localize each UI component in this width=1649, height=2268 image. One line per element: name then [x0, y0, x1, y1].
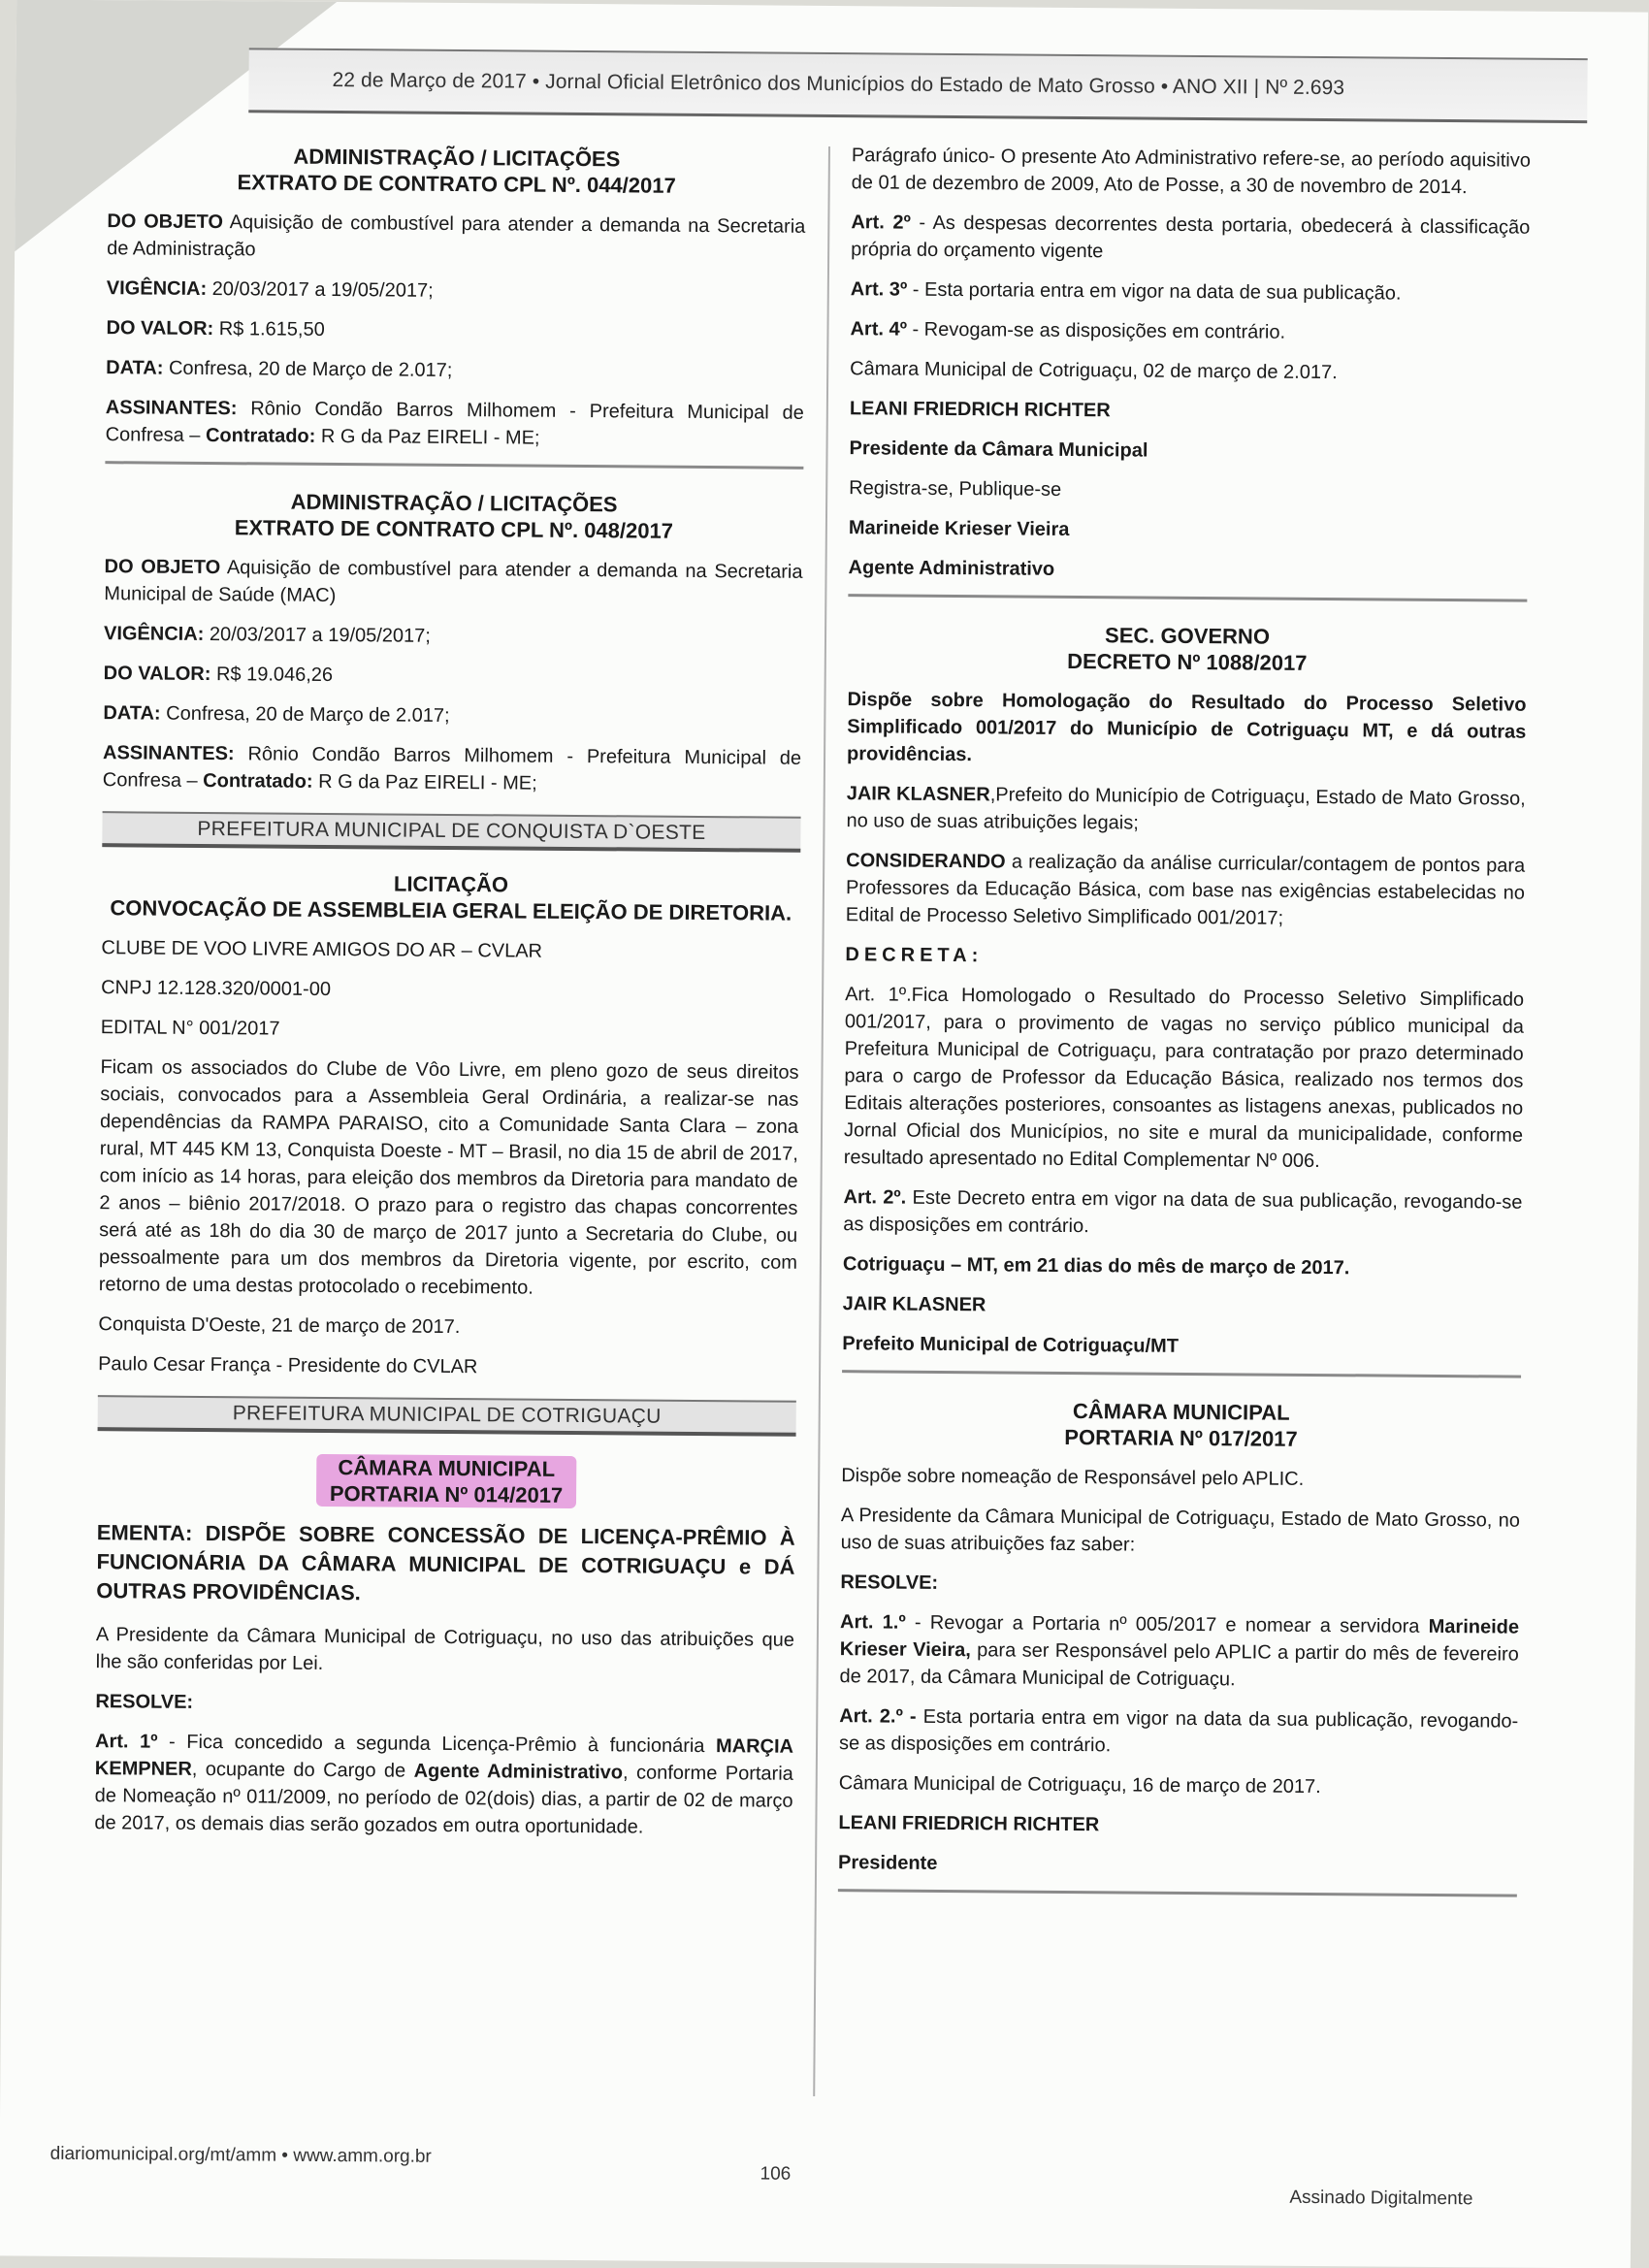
- resolve: RESOLVE:: [95, 1688, 793, 1721]
- clube-name: CLUBE DE VOO LIVRE AMIGOS DO AR – CVLAR: [101, 934, 799, 967]
- assinantes: ASSINANTES: Rônio Condão Barros Milhomem…: [106, 394, 804, 454]
- place-date: Câmara Municipal de Cotriguaçu, 16 de ma…: [839, 1769, 1518, 1801]
- art-1: Art. 1º.Fica Homologado o Resultado do P…: [844, 981, 1525, 1176]
- signer-role: Prefeito Municipal de Cotriguaçu/MT: [842, 1330, 1521, 1362]
- resolve: RESOLVE:: [840, 1569, 1519, 1601]
- signature: Paulo Cesar França - Presidente do CVLAR: [98, 1350, 796, 1383]
- art-1: Art. 1º - Fica concedido a segunda Licen…: [94, 1728, 793, 1842]
- column-divider: [813, 146, 830, 2096]
- place-date: Câmara Municipal de Cotriguaçu, 02 de ma…: [850, 355, 1529, 387]
- section-title: ADMINISTRAÇÃO / LICITAÇÕES EXTRATO DE CO…: [105, 487, 803, 545]
- signer-name: JAIR KLASNER: [843, 1290, 1522, 1322]
- paragrafo-unico: Parágrafo único- O presente Ato Administ…: [852, 142, 1531, 201]
- signed-notice: Assinado Digitalmente: [1289, 2187, 1472, 2210]
- portaria-014-continued: Parágrafo único- O presente Ato Administ…: [848, 142, 1531, 601]
- edital: EDITAL N° 001/2017: [101, 1014, 799, 1047]
- journal-page: 22 de Março de 2017 • Jornal Oficial Ele…: [0, 0, 1648, 2268]
- data: DATA: Confresa, 20 de Março de 2.017;: [103, 699, 801, 732]
- place-date: Conquista D'Oeste, 21 de março de 2017.: [98, 1311, 796, 1344]
- agent-role: Agente Administrativo: [848, 554, 1527, 586]
- highlighter-mark: CÂMARA MUNICIPAL PORTARIA Nº 014/2017: [316, 1454, 577, 1508]
- section-rule: [848, 594, 1527, 601]
- mayor-intro: JAIR KLASNER,Prefeito do Município de Co…: [846, 780, 1525, 839]
- contrato-048: ADMINISTRAÇÃO / LICITAÇÕES EXTRATO DE CO…: [103, 487, 803, 799]
- right-column: Parágrafo único- O presente Ato Administ…: [838, 142, 1531, 1920]
- decreta: DECRETA:: [845, 941, 1524, 973]
- contrato-044: ADMINISTRAÇÃO / LICITAÇÕES EXTRATO DE CO…: [105, 142, 806, 470]
- agent-name: Marineide Krieser Vieira: [849, 514, 1528, 546]
- art-3: Art. 3º - Esta portaria entra em vigor n…: [851, 275, 1530, 308]
- page-header: 22 de Março de 2017 • Jornal Oficial Ele…: [248, 48, 1587, 123]
- municipality-banner-conquista: PREFEITURA MUNICIPAL DE CONQUISTA D`OEST…: [102, 811, 800, 853]
- municipality-banner-cotriguacu: PREFEITURA MUNICIPAL DE COTRIGUAÇU: [98, 1395, 796, 1437]
- summary: Dispõe sobre nomeação de Responsável pel…: [841, 1462, 1520, 1494]
- intro: A Presidente da Câmara Municipal de Cotr…: [96, 1621, 794, 1681]
- art-1: Art. 1.º - Revogar a Portaria nº 005/201…: [839, 1608, 1519, 1695]
- art-2: Art. 2.º - Esta portaria entra em vigor …: [839, 1702, 1518, 1762]
- page-number: 106: [760, 2164, 791, 2186]
- section-title: SEC. GOVERNO DECRETO Nº 1088/2017: [848, 620, 1527, 677]
- art-2: Art. 2º - As despesas decorrentes desta …: [851, 209, 1530, 268]
- convocacao-body: Ficam os associados do Clube de Vôo Livr…: [99, 1053, 799, 1304]
- vigencia: VIGÊNCIA: 20/03/2017 a 19/05/2017;: [107, 275, 805, 308]
- art-2: Art. 2º. Este Decreto entra em vigor na …: [843, 1183, 1522, 1243]
- valor: DO VALOR: R$ 19.046,26: [104, 660, 802, 693]
- summary: Dispõe sobre Homologação do Resultado do…: [847, 686, 1527, 772]
- signer-name: LEANI FRIEDRICH RICHTER: [850, 395, 1529, 427]
- signer-name: LEANI FRIEDRICH RICHTER: [838, 1809, 1517, 1841]
- signer-role: Presidente da Câmara Municipal: [849, 435, 1528, 467]
- ementa: EMENTA: DISPÕE SOBRE CONCESSÃO DE LICENÇ…: [96, 1518, 795, 1611]
- data: DATA: Confresa, 20 de Março de 2.017;: [106, 354, 804, 387]
- section-title: LICITAÇÃO CONVOCAÇÃO DE ASSEMBLEIA GERAL…: [102, 868, 800, 926]
- decreto-1088: SEC. GOVERNO DECRETO Nº 1088/2017 Dispõe…: [842, 620, 1527, 1377]
- cnpj: CNPJ 12.128.320/0001-00: [101, 974, 799, 1007]
- art-4: Art. 4º - Revogam-se as disposições em c…: [850, 315, 1529, 347]
- header-text: 22 de Março de 2017 • Jornal Oficial Ele…: [248, 68, 1344, 100]
- place-date: Cotriguaçu – MT, em 21 dias do mês de ma…: [843, 1250, 1522, 1282]
- considerando: CONSIDERANDO a realização da análise cur…: [846, 847, 1526, 933]
- footer-links: diariomunicipal.org/mt/amm • www.amm.org…: [50, 2144, 432, 2168]
- section-rule: [105, 461, 803, 470]
- objeto: DO OBJETO Aquisição de combustível para …: [104, 553, 802, 613]
- signer-role: Presidente: [838, 1849, 1517, 1881]
- portaria-017: CÂMARA MUNICIPAL PORTARIA Nº 017/2017 Di…: [838, 1396, 1521, 1896]
- registra: Registra-se, Publique-se: [849, 474, 1528, 506]
- section-title: CÂMARA MUNICIPAL PORTARIA Nº 014/2017: [97, 1452, 795, 1510]
- left-column: ADMINISTRAÇÃO / LICITAÇÕES EXTRATO DE CO…: [94, 136, 806, 1860]
- vigencia: VIGÊNCIA: 20/03/2017 a 19/05/2017;: [104, 620, 802, 653]
- licitacao-cvlar: LICITAÇÃO CONVOCAÇÃO DE ASSEMBLEIA GERAL…: [98, 868, 800, 1383]
- objeto: DO OBJETO Aquisição de combustível para …: [107, 208, 805, 268]
- section-rule: [838, 1889, 1517, 1896]
- valor: DO VALOR: R$ 1.615,50: [106, 314, 804, 347]
- intro: A Presidente da Câmara Municipal de Cotr…: [841, 1502, 1520, 1561]
- assinantes: ASSINANTES: Rônio Condão Barros Milhomem…: [103, 739, 801, 799]
- portaria-014: CÂMARA MUNICIPAL PORTARIA Nº 014/2017 EM…: [94, 1452, 795, 1842]
- section-title: CÂMARA MUNICIPAL PORTARIA Nº 017/2017: [841, 1396, 1520, 1453]
- section-title: ADMINISTRAÇÃO / LICITAÇÕES EXTRATO DE CO…: [108, 142, 806, 200]
- section-rule: [842, 1370, 1521, 1377]
